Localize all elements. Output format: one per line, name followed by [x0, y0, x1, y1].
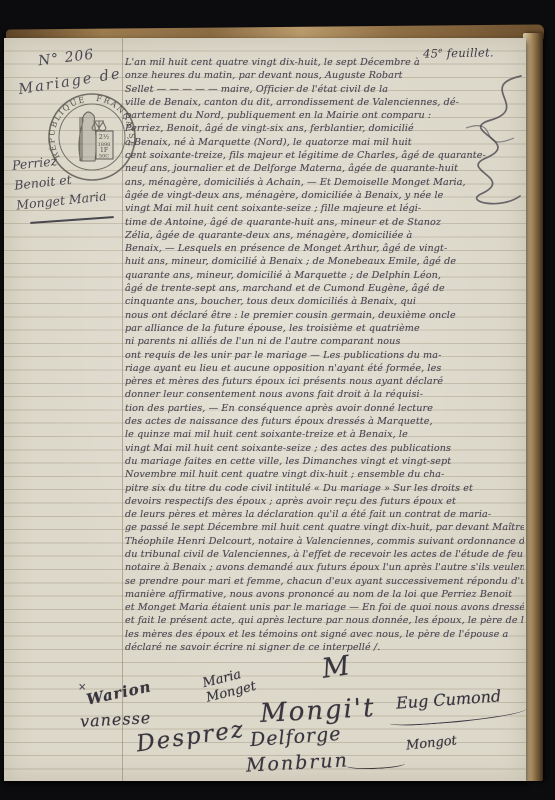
- signature-mongot: Mongot: [405, 733, 457, 753]
- stamp-value-1: 2½: [99, 133, 109, 141]
- mayor-paraph-flourish: [446, 68, 536, 223]
- signature-cumond: Eug Cumond: [395, 686, 501, 712]
- act-text-line: ont requis de les unir par le mariage — …: [125, 349, 524, 362]
- act-text-line: notaire à Benaix ; avons demandé aux fut…: [125, 561, 524, 574]
- act-text-line: le quinze mai mil huit cent soixante-tre…: [125, 428, 524, 441]
- margin-underline-flourish: [30, 216, 114, 224]
- act-text-line: des actes de naissance des futurs époux …: [125, 415, 524, 428]
- signature-maria-monget: Maria Monget: [201, 664, 258, 705]
- act-text-line: du tribunal civil de Valenciennes, à l'e…: [125, 548, 524, 561]
- signature-warion: Warion: [85, 677, 153, 708]
- act-text-line: pères et mères des futurs époux ici prés…: [125, 375, 524, 388]
- act-text-line: Novembre mil huit cent quatre vingt dix-…: [125, 468, 524, 481]
- signature-paraph-m: M: [320, 650, 352, 685]
- act-text-line: riage ayant eu lieu et aucune opposition…: [125, 362, 524, 375]
- act-text-line: donner leur consentement nous avons fait…: [125, 388, 524, 401]
- act-text-line: les mères des époux et les témoins ont s…: [125, 628, 524, 641]
- act-text-line: vingt Mai mil huit cent soixante-seize ;…: [125, 442, 524, 455]
- act-text-line: pitre six du titre du code civil intitul…: [125, 482, 524, 495]
- act-text-line: Zélia, âgée de quarante-deux ans, ménagè…: [125, 229, 524, 242]
- act-text-line: et fait le présent acte, qui après lectu…: [125, 614, 524, 627]
- signature-monbrun: Monbrun: [245, 749, 349, 776]
- act-text-line: huit ans, mineur, domicilié à Benaix ; d…: [125, 255, 524, 268]
- act-text-line: du mariage faites en cette ville, les Di…: [125, 455, 524, 468]
- act-text-line: ge passé le sept Décembre mil huit cent …: [125, 521, 524, 534]
- photographed-register-scene: 45e feuillet. N° 206 Mariage de RÉPUBLIQ…: [0, 0, 555, 800]
- act-text-line: Théophile Henri Delcourt, notaire à Vale…: [125, 535, 524, 548]
- act-number: N° 206: [37, 47, 95, 70]
- act-text-line: de leurs pères et mères la déclaration q…: [125, 508, 524, 521]
- register-page: 45e feuillet. N° 206 Mariage de RÉPUBLIQ…: [4, 38, 526, 781]
- act-text-line: nous ont déclaré être : le premier cousi…: [125, 309, 524, 322]
- act-text-line: cinquante ans, boucher, tous deux domici…: [125, 295, 524, 308]
- signature-vanesse: vanesse: [80, 708, 152, 731]
- act-text-line: tion des parties, — En conséquence après…: [125, 402, 524, 415]
- act-text-line: âgé de trente-sept ans, marchand et de C…: [125, 282, 524, 295]
- act-text-line: par alliance de la future épouse, les tr…: [125, 322, 524, 335]
- act-text-line: quarante ans, mineur, domicilié à Marque…: [125, 269, 524, 282]
- act-text-line: se prendre pour mari et femme, chacun d'…: [125, 575, 524, 588]
- act-text-line: et Monget Maria étaient unis par le mari…: [125, 601, 524, 614]
- act-text-line: manière affirmative, nous avons prononcé…: [125, 588, 524, 601]
- margin-spouse-names: Perriez Benoit et Monget Maria: [11, 144, 127, 215]
- act-text-line: ni parents ni alliés de l'un ni de l'aut…: [125, 335, 524, 348]
- act-text-line: devoirs respectifs des époux ; après avo…: [125, 495, 524, 508]
- folio-ordinal: e: [438, 46, 443, 54]
- act-text-line: Benaix, — Lesquels en présence de Monget…: [125, 242, 524, 255]
